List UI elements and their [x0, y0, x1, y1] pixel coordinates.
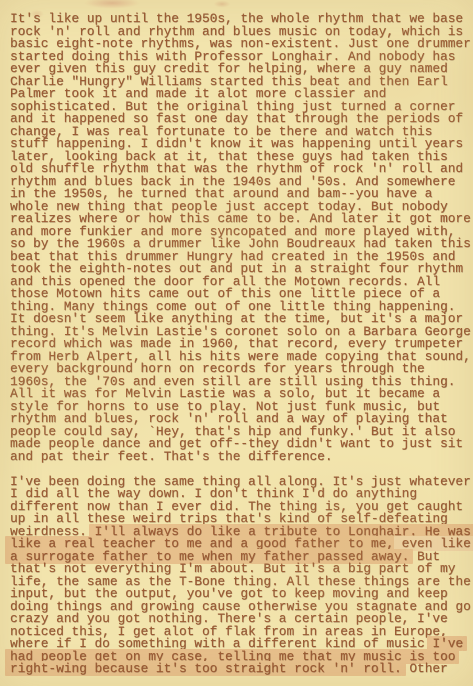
marker-highlighted-text: right-wing because it's too straight roc…	[10, 661, 402, 676]
text-line: right-wing because it's too straight roc…	[10, 663, 471, 676]
text-segment: Other	[402, 661, 448, 676]
text-segment: and pat their feet. That's the differenc…	[10, 449, 333, 464]
page-text: It's like up until the 1950s, the whole …	[10, 13, 471, 676]
text-line: and pat their feet. That's the differenc…	[10, 451, 471, 464]
typewritten-page: It's like up until the 1950s, the whole …	[0, 0, 473, 686]
